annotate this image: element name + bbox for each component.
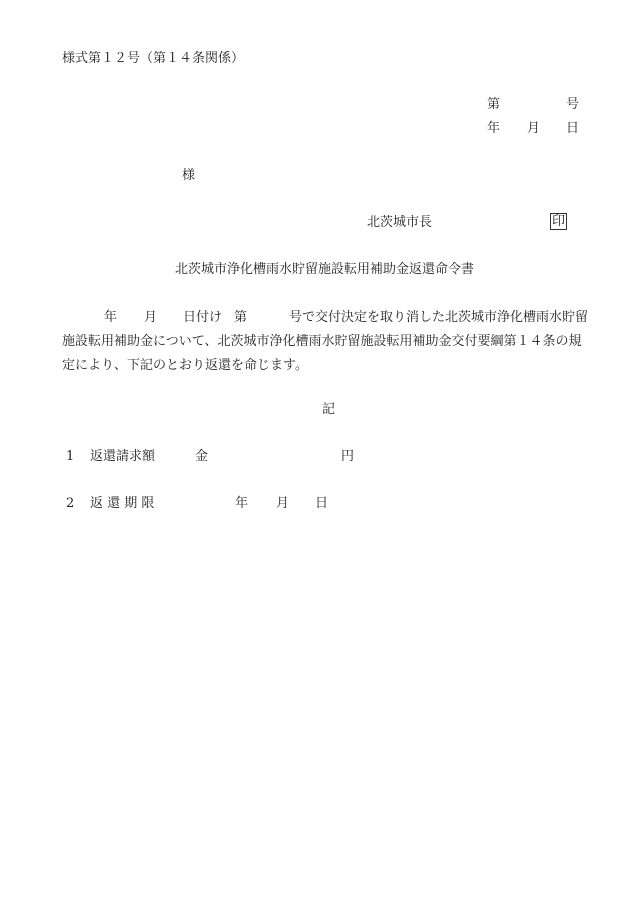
deadline-day: 日	[315, 497, 328, 510]
amount-prefix: 金	[195, 450, 208, 463]
body-line1-rest: 号で交付決定を取り消した北茨城市浄化槽雨水貯留	[289, 306, 588, 330]
item-label: 返還請求額	[90, 450, 155, 463]
body-line-2: 施設転用補助金について、北茨城市浄化槽雨水貯留施設転用補助金交付要綱第１４条の規	[62, 330, 602, 354]
addressee-suffix: 様	[182, 169, 195, 182]
date-month: 月	[527, 122, 540, 135]
body-dated: 日付け	[183, 306, 222, 330]
body-no-prefix: 第	[234, 306, 247, 330]
body-paragraph: 年 月 日付け 第 号で交付決定を取り消した北茨城市浄化槽雨水貯留 施設転用補助…	[62, 306, 602, 378]
amount-suffix: 円	[341, 450, 354, 463]
document-title: 北茨城市浄化槽雨水貯留施設転用補助金返還命令書	[175, 263, 474, 276]
body-month: 月	[144, 306, 157, 330]
seal-mark: 印	[550, 213, 567, 230]
issuer-title: 北茨城市長	[367, 216, 432, 229]
date-day: 日	[566, 122, 579, 135]
deadline-month: 月	[276, 497, 289, 510]
note-heading: 記	[322, 403, 335, 416]
body-year: 年	[104, 306, 117, 330]
deadline-year: 年	[235, 497, 248, 510]
date-year: 年	[487, 122, 500, 135]
doc-number-prefix: 第	[487, 98, 500, 111]
body-line-1: 年 月 日付け 第 号で交付決定を取り消した北茨城市浄化槽雨水貯留	[62, 306, 602, 330]
body-line-3: 定により、下記のとおり返還を命じます。	[62, 354, 602, 378]
item-label: 返 還 期 限	[90, 497, 154, 510]
doc-number-suffix: 号	[566, 98, 579, 111]
form-number: 様式第１２号（第１４条関係）	[62, 52, 244, 65]
item-number: 1	[66, 450, 74, 463]
item-number: 2	[66, 497, 74, 510]
